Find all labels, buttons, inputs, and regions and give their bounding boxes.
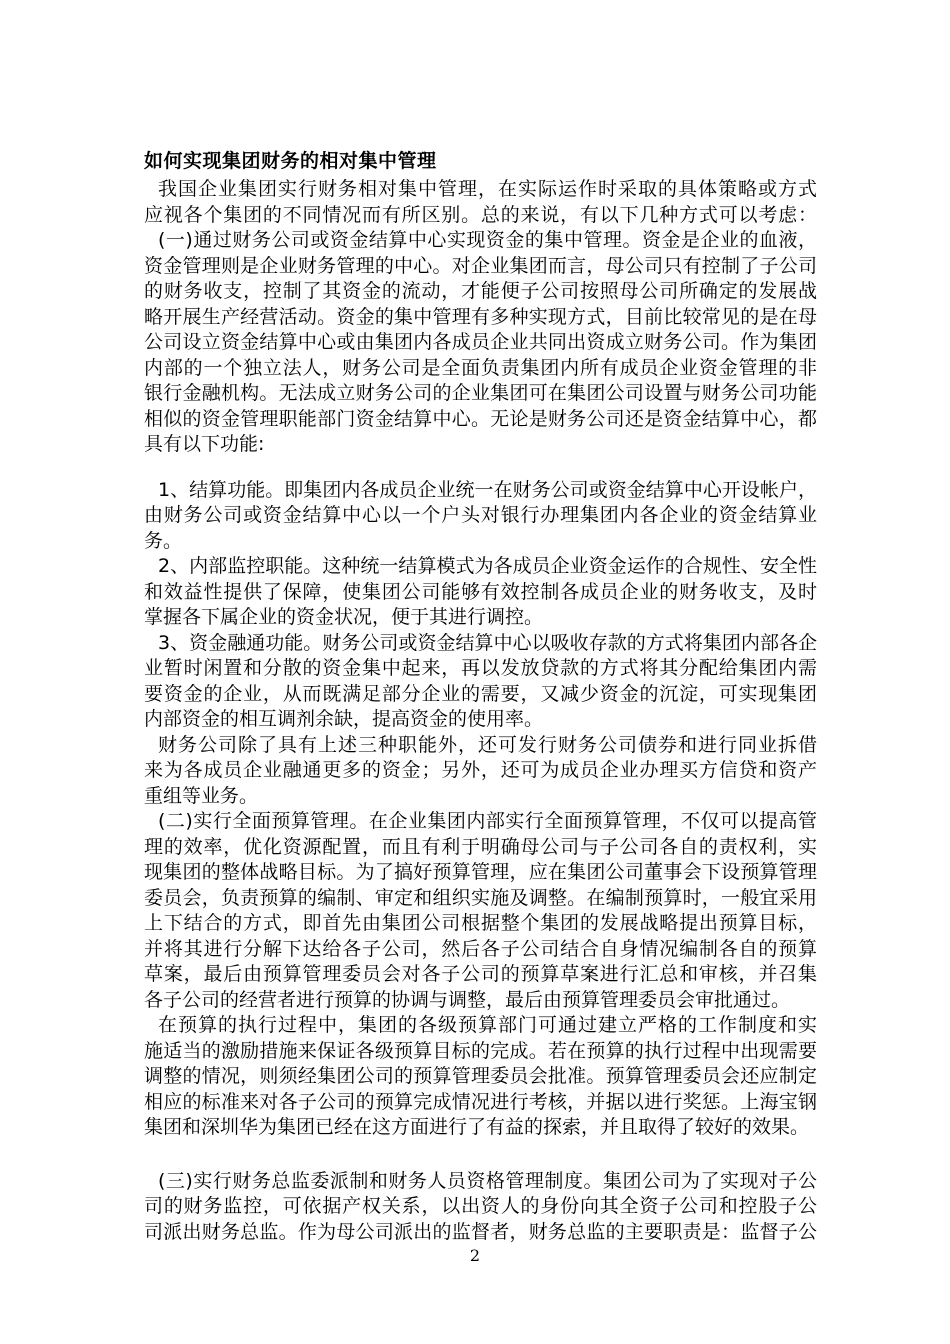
text-line: (一)通过财务公司或资金结算中心实现资金的集中管理。资金是企业的血液， [144,228,817,254]
text-line: (三)实行财务总监委派制和财务人员资格管理制度。集团公司为了实现对子公 [144,1169,817,1195]
text-line: 草案，最后由预算管理委员会对各子公司的预算草案进行汇总和审核，并召集 [144,962,817,988]
text-line: 的财务收支，控制了其资金的流动，才能便子公司按照母公司所确定的发展战 [144,279,817,305]
text-line: 现集团的整体战略目标。为了搞好预算管理，应在集团公司董事会下设预算管理 [144,860,817,886]
document-page: 如何实现集团财务的相对集中管理 我国企业集团实行财务相对集中管理，在实际运作时采… [0,0,950,1344]
text-line: 司的财务监控，可依据产权关系，以出资人的身份向其全资子公司和控股子公 [144,1194,817,1220]
text-line: 司派出财务总监。作为母公司派出的监督者，财务总监的主要职责是：监督子公 [144,1220,817,1246]
text-line: 资金管理则是企业财务管理的中心。对企业集团而言，母公司只有控制了子公司 [144,254,817,280]
page-number: 2 [0,1246,950,1265]
text-line: 1、结算功能。即集团内各成员企业统一在财务公司或资金结算中心开设帐户， [144,478,817,504]
text-line: 务。 [144,529,817,555]
text-line: 内部的一个独立法人，财务公司是全面负责集团内所有成员企业资金管理的非 [144,356,817,382]
document-content: 如何实现集团财务的相对集中管理 我国企业集团实行财务相对集中管理，在实际运作时采… [144,148,817,1245]
text-line: 和效益性提供了保障，使集团公司能够有效控制各成员企业的财务收支，及时 [144,580,817,606]
text-line: 业暂时闲置和分散的资金集中起来，再以发放贷款的方式将其分配给集团内需 [144,656,817,682]
text-line: 2、内部监控职能。这种统一结算模式为各成员企业资金运作的合规性、安全性 [144,554,817,580]
document-body: 我国企业集团实行财务相对集中管理，在实际运作时采取的具体策略或方式应视各个集团的… [144,177,817,1245]
text-line: 集团和深圳华为集团已经在这方面进行了有益的探索，并且取得了较好的效果。 [144,1115,817,1141]
text-line: 公司设立资金结算中心或由集团内各成员企业共同出资成立财务公司。作为集团 [144,330,817,356]
text-line: 各子公司的经营者进行预算的协调与调整，最后由预算管理委员会审批通过。 [144,988,817,1014]
text-line: 略开展生产经营活动。资金的集中管理有多种实现方式，目前比较常见的是在母 [144,305,817,331]
text-line: 理的效率，优化资源配置，而且有利于明确母公司与子公司各自的责权利，实 [144,835,817,861]
text-line: 财务公司除了具有上述三种职能外，还可发行财务公司债券和进行同业拆借 [144,733,817,759]
text-line: 并将其进行分解下达给各子公司，然后各子公司结合自身情况编制各自的预算 [144,937,817,963]
text-line: 3、资金融通功能。财务公司或资金结算中心以吸收存款的方式将集团内部各企 [144,631,817,657]
text-line: 相应的标准来对各子公司的预算完成情况进行考核，并据以进行奖惩。上海宝钢 [144,1090,817,1116]
text-line: (二)实行全面预算管理。在企业集团内部实行全面预算管理，不仅可以提高管 [144,809,817,835]
text-line: 重组等业务。 [144,784,817,810]
text-line: 调整的情况，则须经集团公司的预算管理委员会批准。预算管理委员会还应制定 [144,1064,817,1090]
text-line: 由财务公司或资金结算中心以一个户头对银行办理集团内各企业的资金结算业 [144,503,817,529]
blank-line [144,458,817,478]
text-line: 应视各个集团的不同情况而有所区别。总的来说，有以下几种方式可以考虑： [144,203,817,229]
document-title: 如何实现集团财务的相对集中管理 [144,148,817,177]
text-line: 相似的资金管理职能部门资金结算中心。无论是财务公司还是资金结算中心，都 [144,407,817,433]
blank-line [144,1141,817,1169]
text-line: 具有以下功能: [144,432,817,458]
text-line: 施适当的激励措施来保证各级预算目标的完成。若在预算的执行过程中出现需要 [144,1039,817,1065]
text-line: 在预算的执行过程中，集团的各级预算部门可通过建立严格的工作制度和实 [144,1013,817,1039]
text-line: 我国企业集团实行财务相对集中管理，在实际运作时采取的具体策略或方式 [144,177,817,203]
text-line: 内部资金的相互调剂余缺，提高资金的使用率。 [144,707,817,733]
text-line: 银行金融机构。无法成立财务公司的企业集团可在集团公司设置与财务公司功能 [144,381,817,407]
text-line: 要资金的企业，从而既满足部分企业的需要，又减少资金的沉淀，可实现集团 [144,682,817,708]
text-line: 来为各成员企业融通更多的资金；另外，还可为成员企业办理买方信贷和资产 [144,758,817,784]
text-line: 掌握各下属企业的资金状况，便于其进行调控。 [144,605,817,631]
text-line: 上下结合的方式，即首先由集团公司根据整个集团的发展战略提出预算目标， [144,911,817,937]
text-line: 委员会，负责预算的编制、审定和组织实施及调整。在编制预算时，一般宜采用 [144,886,817,912]
